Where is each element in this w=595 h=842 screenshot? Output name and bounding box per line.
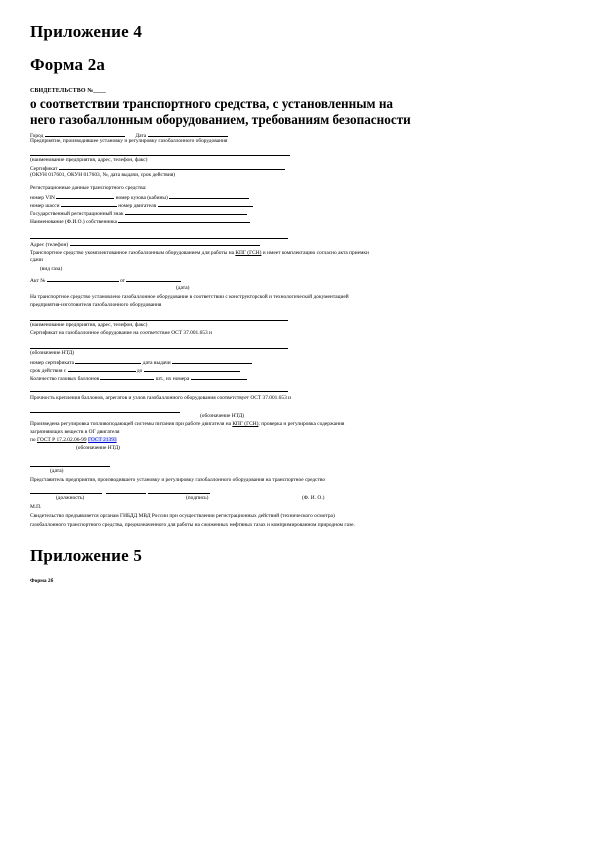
signature-field[interactable] [148,493,210,494]
owner-field-line2[interactable] [30,238,288,239]
owner-row: Наименование (Ф.И.О.) собственника [30,217,250,225]
valid-from-field[interactable] [68,366,136,372]
certificate-title: о соответствии транспортного средства, с… [30,96,590,128]
note-line-1: Свидетельство предъявляется органам ГИБД… [30,513,335,519]
strength-ntd-field[interactable] [30,412,180,413]
adjust-date-field[interactable] [30,466,110,467]
installed-text-cont: предприятия-изготовителя газобаллонного … [30,302,161,308]
gost-r-link[interactable]: ГОСТ Р 17.2.02.06-99 [37,437,87,443]
date-hint-2: (дата) [50,468,63,474]
vin-field[interactable] [56,193,114,199]
ntd-field[interactable] [30,348,288,349]
act-date-hint: (дата) [176,285,189,291]
engine-number-field[interactable] [158,201,253,207]
gost-21393-link[interactable]: ГОСТ 21393 [88,437,117,443]
act-row: Акт № от [30,276,181,284]
position-hint: (должность) [56,495,84,501]
act-number-field[interactable] [47,276,119,282]
ntd-hint: (обозначение НТД) [30,350,74,356]
certificate-hint: (ОКУН 017601, ОКУН 017603, №, дата выдач… [30,172,175,178]
owner-field[interactable] [118,217,250,223]
reg-data-label: Регистрационные данные транспортного сре… [30,185,147,191]
certificate-number-label: СВИДЕТЕЛЬСТВО №____ [30,88,106,94]
manufacturer-hint: (наименование предприятия, адрес, телефо… [30,322,147,328]
position-field-2[interactable] [106,493,146,494]
signature-hint: (подпись) [186,495,208,501]
manufacturer-field[interactable] [30,320,288,321]
rep-text: Представитель предприятия, производившег… [30,477,325,483]
conversion-text-cont: сдачи [30,257,43,263]
installer-hint: (наименование предприятия, адрес, телефо… [30,157,147,163]
act-date-field[interactable] [126,276,181,282]
cert-number-field[interactable] [75,358,141,364]
cylinders-row: Количество газовых баллонов шт., их номе… [30,374,247,382]
ntd-hint-2: (обозначение НТД) [200,413,244,419]
valid-to-field[interactable] [144,366,240,372]
installer-field[interactable] [30,155,290,156]
position-field[interactable] [30,493,102,494]
address-field[interactable] [70,240,260,246]
chassis-field[interactable] [61,201,117,207]
appendix-4-heading: Приложение 4 [30,22,142,42]
ntd-hint-3: (обозначение НТД) [76,445,120,451]
adjust-text: Произведена регулировка топливоподающей … [30,421,344,427]
fio-hint: (Ф. И. О.) [302,495,324,501]
gost-row: по ГОСТ Р 17.2.02.06-99 ГОСТ 21393 [30,437,117,443]
installer-label: Предприятие, производившее установку и р… [30,138,227,144]
strength-text: Прочность крепления баллонов, агрегатов … [30,395,291,401]
gas-type-link[interactable]: КПГ (ГСН) [235,250,261,256]
adjust-text-cont: загрязняющих веществ в ОГ двигателя [30,429,120,435]
document-page: Приложение 4 Форма 2а СВИДЕТЕЛЬСТВО №___… [0,0,595,842]
date-field[interactable] [148,131,228,137]
cylinders-numbers-field[interactable] [191,374,247,380]
gas-type-hint: (вид газа) [40,266,62,272]
form-2b-title: Форма 2б [30,578,53,584]
plate-field[interactable] [125,209,247,215]
conversion-text: Транспортное средство укомплектованное г… [30,250,369,256]
address-row: Адрес (телефон) [30,240,260,248]
note-line-2: газобаллонного транспортного средства, п… [30,522,355,528]
certificate-field[interactable] [59,164,285,170]
city-field[interactable] [45,131,125,137]
stamp-label: М.П. [30,504,41,510]
cert-ost-text: Сертификат на газобаллонное оборудование… [30,330,212,336]
cylinders-count-field[interactable] [100,374,154,380]
issue-date-field[interactable] [172,358,252,364]
appendix-5-heading: Приложение 5 [30,546,142,566]
body-number-field[interactable] [169,193,249,199]
form-2a-title: Форма 2а [30,55,105,75]
installed-text: На транспортное средство установлено газ… [30,294,349,300]
cylinders-numbers-line2[interactable] [30,391,288,392]
adjust-gas-link[interactable]: КПГ (ГСН) [232,421,258,427]
